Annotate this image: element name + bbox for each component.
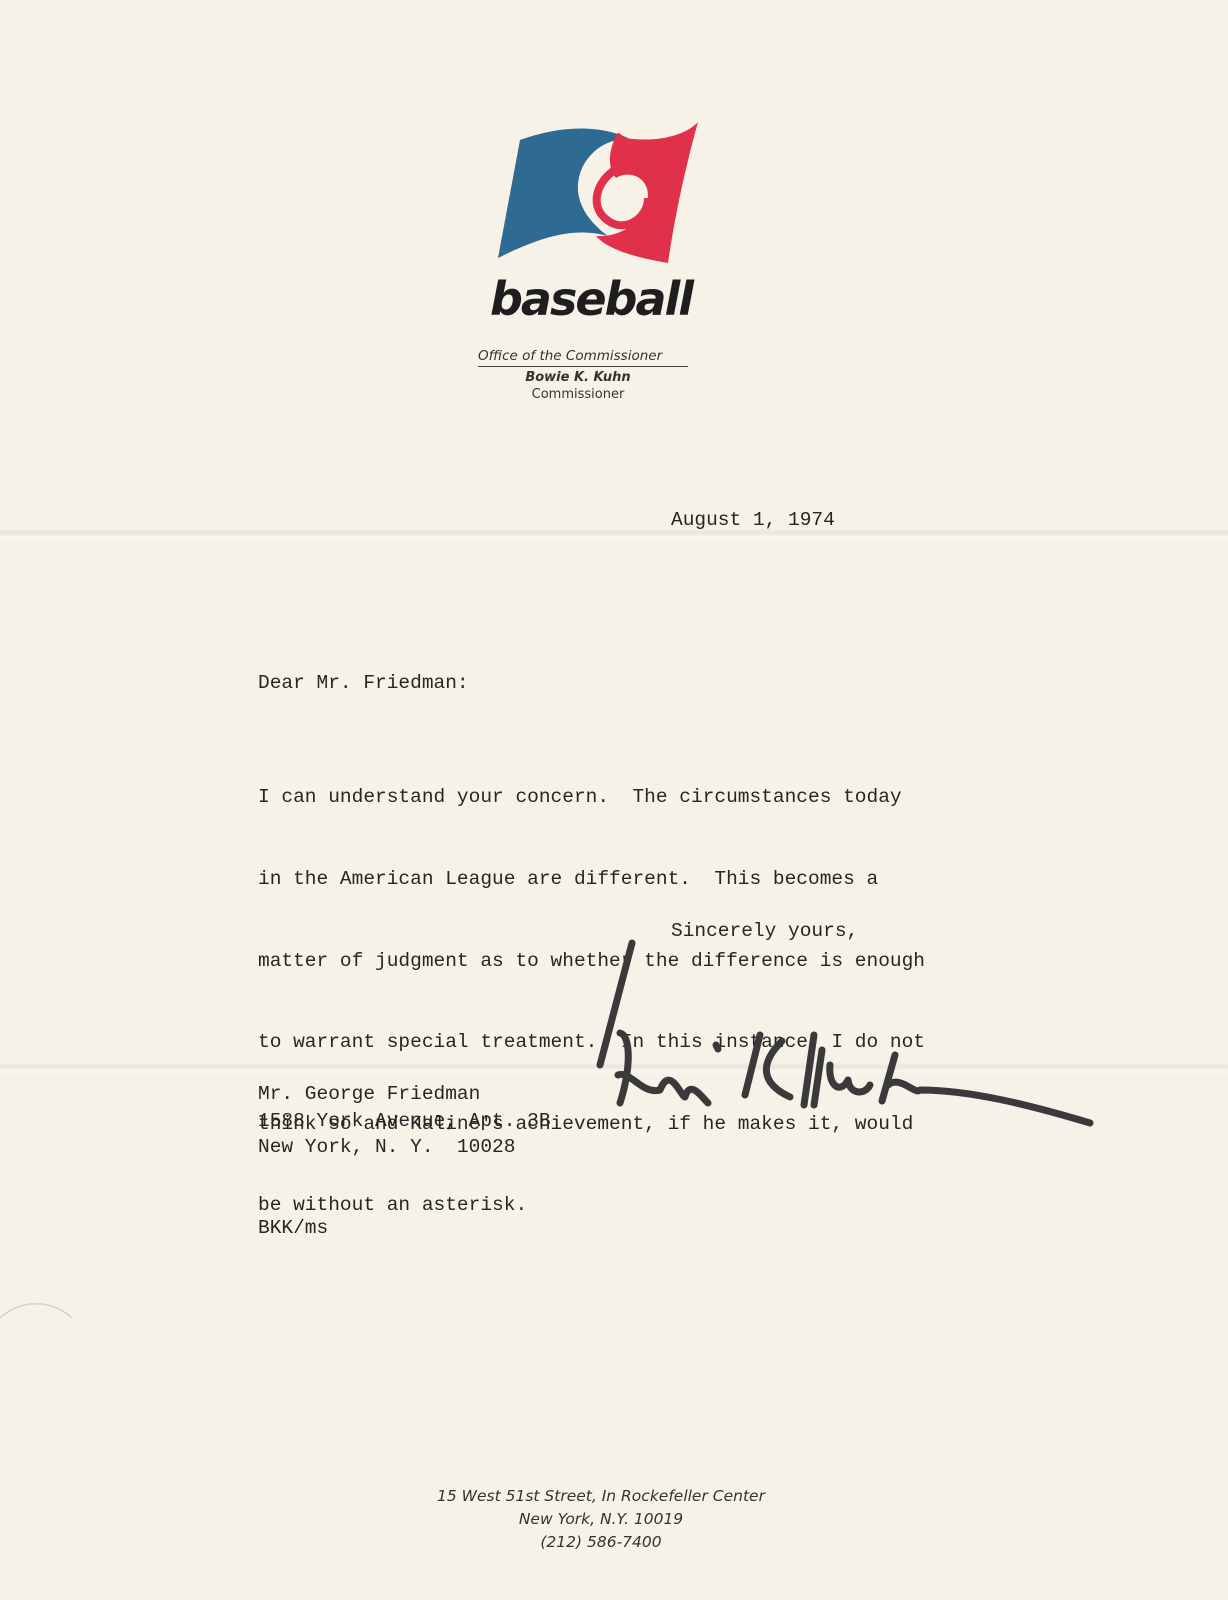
footer-phone: (212) 586-7400 (0, 1533, 1215, 1551)
salutation: Dear Mr. Friedman: (258, 672, 469, 694)
recipient-city: New York, N. Y. 10028 (258, 1136, 515, 1158)
office-title: Office of the Commissioner (478, 348, 688, 367)
footer-address-line2: New York, N.Y. 10019 (0, 1510, 1215, 1528)
body-line: I can understand your concern. The circu… (258, 784, 925, 811)
letter-date: August 1, 1974 (671, 509, 835, 531)
body-line: in the American League are different. Th… (258, 866, 925, 893)
commissioner-title: Commissioner (478, 387, 678, 402)
commissioner-name: Bowie K. Kuhn (478, 370, 678, 385)
baseball-wordmark: baseball (490, 272, 690, 326)
body-line: be without an asterisk. (258, 1192, 925, 1219)
signature (570, 905, 1110, 1135)
footer-address-line1: 15 West 51st Street, In Rockefeller Cent… (0, 1487, 1215, 1505)
recipient-street: 1588 York Avenue, Apt. 3B (258, 1110, 551, 1132)
baseball-logo-icon (498, 118, 718, 268)
paper-crease-mark (0, 1290, 80, 1330)
paper-fold-top (0, 528, 1228, 542)
typist-initials: BKK/ms (258, 1217, 328, 1239)
recipient-name: Mr. George Friedman (258, 1083, 480, 1105)
